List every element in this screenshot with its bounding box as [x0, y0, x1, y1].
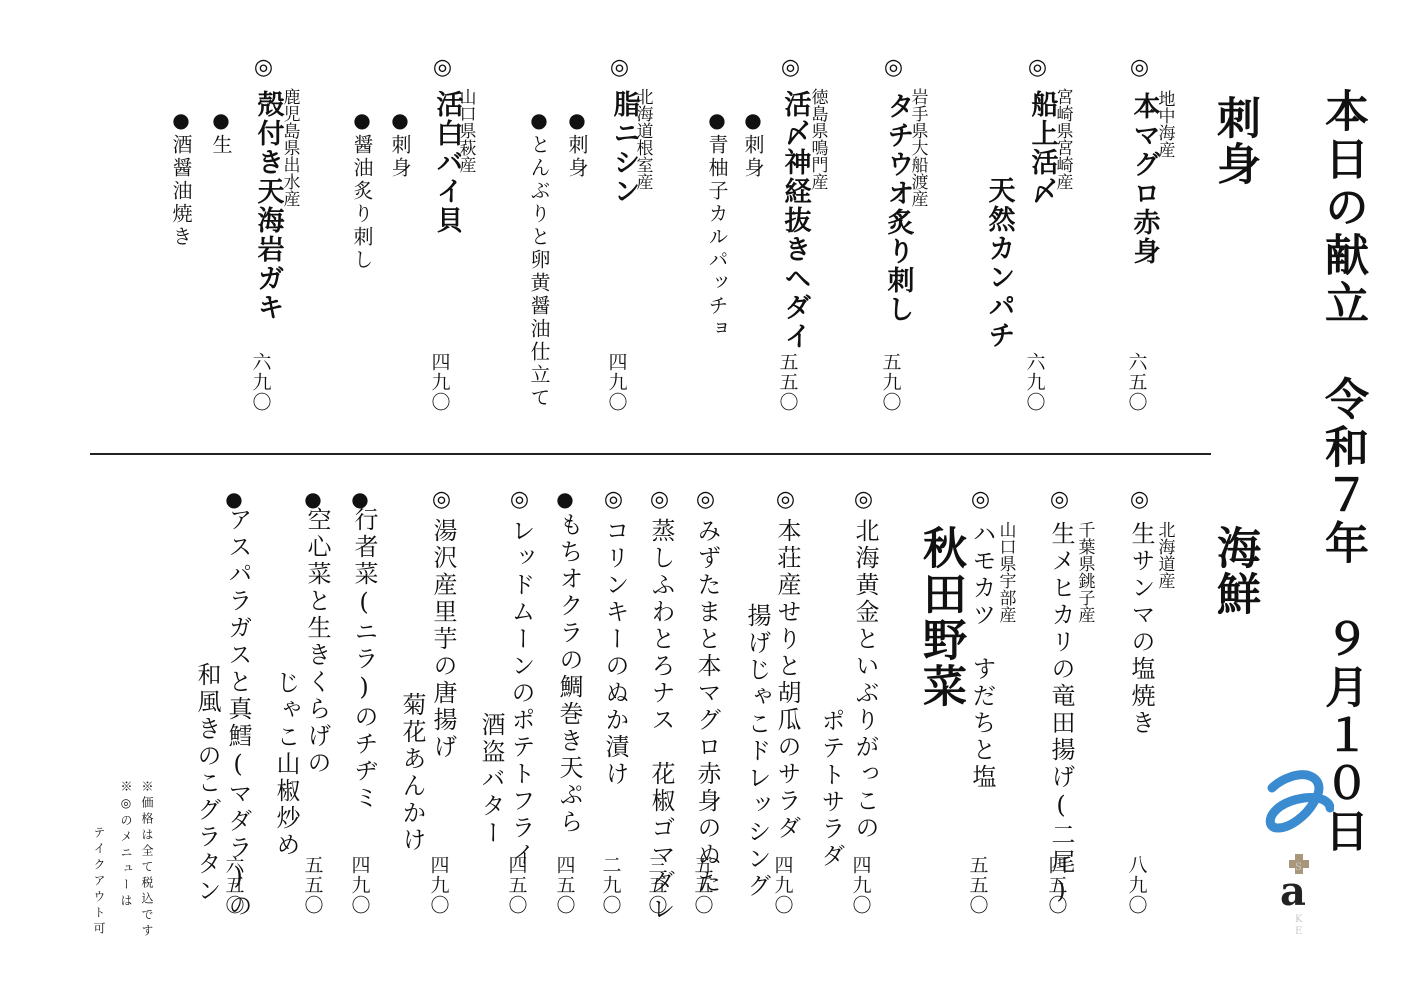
- item-price: 五五〇: [693, 855, 712, 915]
- item-name-line2: じゃこ山椒炒め: [274, 670, 298, 859]
- item-origin: 山口県宇部産: [997, 521, 1014, 623]
- takeout-mark: ◎: [508, 487, 530, 512]
- takeout-mark: ◎: [1128, 487, 1150, 512]
- takeout-mark: ◎: [774, 487, 796, 512]
- item-price: 五五〇: [968, 855, 987, 915]
- item-price: 四五〇: [555, 855, 574, 915]
- logo-letter-a: a: [1280, 872, 1306, 912]
- option-bullet: ●: [352, 108, 372, 135]
- section-heading-seafood: 海鮮: [1212, 525, 1256, 617]
- item-name-line2: 天然カンパチ: [986, 176, 1013, 350]
- option-bullet: ●: [567, 108, 587, 135]
- item-name: みずたまと本マグロ赤身のぬた: [695, 518, 719, 896]
- item-price: 四九〇: [607, 352, 626, 412]
- item-origin: 徳島県鳴門産: [809, 88, 826, 190]
- item-origin: 千葉県銚子産: [1076, 521, 1093, 623]
- item-price: 六五〇: [1127, 352, 1146, 412]
- item-option: とんぶりと卵黄醤油仕立て: [529, 134, 549, 410]
- item-option: 醤油炙り刺し: [352, 134, 372, 272]
- item-price: 四九〇: [851, 855, 870, 915]
- item-option: 刺身: [567, 134, 587, 180]
- item-option: 刺身: [743, 134, 763, 180]
- note-takeout-ok: テイクアウト可: [93, 826, 105, 938]
- item-name-line2: 揚げじゃこドレッシング: [745, 603, 769, 900]
- item-price: 六九〇: [251, 352, 270, 412]
- item-option: 刺身: [390, 134, 410, 180]
- section-heading-akita-vegetables: 秋田野菜: [918, 525, 962, 709]
- item-name: 北海黄金といぶりがっこの: [853, 518, 877, 842]
- item-name: コリンキーのぬか漬け: [603, 518, 627, 788]
- logo-sake-k: K: [1295, 914, 1302, 925]
- item-name: タチウオ炙り刺し: [885, 92, 912, 324]
- takeout-mark: ◎: [882, 55, 904, 80]
- option-bullet: ●: [707, 108, 727, 135]
- item-name: 活白バイ貝: [434, 90, 461, 235]
- option-bullet: ●: [529, 108, 549, 135]
- item-price: 四九〇: [350, 855, 369, 915]
- section-divider: [90, 453, 1211, 455]
- item-name: 船上活〆: [1029, 90, 1056, 206]
- item-name: もちオクラの鯛巻き天ぷら: [557, 512, 581, 836]
- item-price: 五九〇: [881, 352, 900, 412]
- takeout-mark: ◎: [1048, 487, 1070, 512]
- item-name: 湯沢産里芋の唐揚げ: [431, 518, 455, 761]
- item-name-line2: ポテトサラダ: [819, 708, 843, 870]
- logo-mi-icon: [1264, 768, 1334, 838]
- item-name: 活〆神経抜きヘダイ: [782, 90, 809, 351]
- item-name-line2: 和風きのこグラタン: [195, 662, 219, 905]
- takeout-mark: ◎: [252, 55, 274, 80]
- section-heading-sashimi: 刺身: [1212, 95, 1256, 187]
- item-name: 空心菜と生きくらげの: [305, 507, 329, 777]
- item-price: 五五〇: [303, 855, 322, 915]
- item-name: 行者菜(ニラ)のチヂミ: [352, 507, 376, 812]
- item-name: 本マグロ赤身: [1131, 92, 1158, 266]
- logo: S a K E: [1262, 768, 1342, 948]
- item-option: 青柚子カルパッチョ: [707, 134, 727, 341]
- item-price: 四五〇: [1047, 855, 1066, 915]
- takeout-mark: ◎: [608, 55, 630, 80]
- item-price: 二九〇: [601, 855, 620, 915]
- option-bullet: ●: [171, 108, 191, 135]
- takeout-mark: ◎: [779, 55, 801, 80]
- item-name-line2: 酒盗バター: [479, 712, 503, 847]
- takeout-mark: ◎: [648, 487, 670, 512]
- item-price: 四五〇: [507, 855, 526, 915]
- takeout-mark: ◎: [969, 487, 991, 512]
- takeout-mark: ◎: [1128, 55, 1150, 80]
- item-name: 生メヒカリの竜田揚げ(二尾): [1049, 521, 1073, 907]
- item-price: 三五〇: [647, 855, 666, 915]
- item-price: 四九〇: [773, 855, 792, 915]
- note-tax-included: ※価格は全て税込です: [141, 780, 153, 940]
- takeout-mark: ◎: [694, 487, 716, 512]
- note-takeout-mark: ※◎のメニューは: [120, 780, 132, 910]
- item-name: 生サンマの塩焼き: [1129, 521, 1153, 737]
- item-origin: 北海道産: [1156, 521, 1173, 589]
- item-price: 六五〇: [224, 855, 243, 915]
- takeout-mark: ◎: [1026, 55, 1048, 80]
- item-name: ハモカツ すだちと塩: [970, 521, 994, 791]
- item-price: 四九〇: [429, 855, 448, 915]
- item-price: 八九〇: [1127, 855, 1146, 915]
- item-name-line2: 菊花あんかけ: [400, 692, 424, 854]
- takeout-mark: ◎: [852, 487, 874, 512]
- item-price: 六九〇: [1025, 352, 1044, 412]
- option-bullet: ●: [743, 108, 763, 135]
- item-option: 生: [211, 134, 231, 157]
- page-title: 本日の献立 令和７年 ９月１０日: [1320, 88, 1364, 856]
- item-name: レッドムーンのポテトフライ: [509, 518, 533, 869]
- takeout-mark: ◎: [602, 487, 624, 512]
- takeout-mark: ◎: [430, 487, 452, 512]
- option-bullet: ●: [390, 108, 410, 135]
- item-name: 本荘産せりと胡瓜のサラダ: [775, 518, 799, 842]
- item-price: 五五〇: [778, 352, 797, 412]
- logo-sake-e: E: [1295, 926, 1302, 937]
- takeout-mark: ◎: [431, 55, 453, 80]
- non-takeout-mark: ●: [555, 487, 575, 514]
- item-price: 四九〇: [430, 352, 449, 412]
- item-name: 殻付き天海岩ガキ: [255, 90, 282, 322]
- item-name: 脂ニシン: [611, 90, 638, 206]
- item-option: 酒醤油焼き: [171, 134, 191, 249]
- option-bullet: ●: [211, 108, 231, 135]
